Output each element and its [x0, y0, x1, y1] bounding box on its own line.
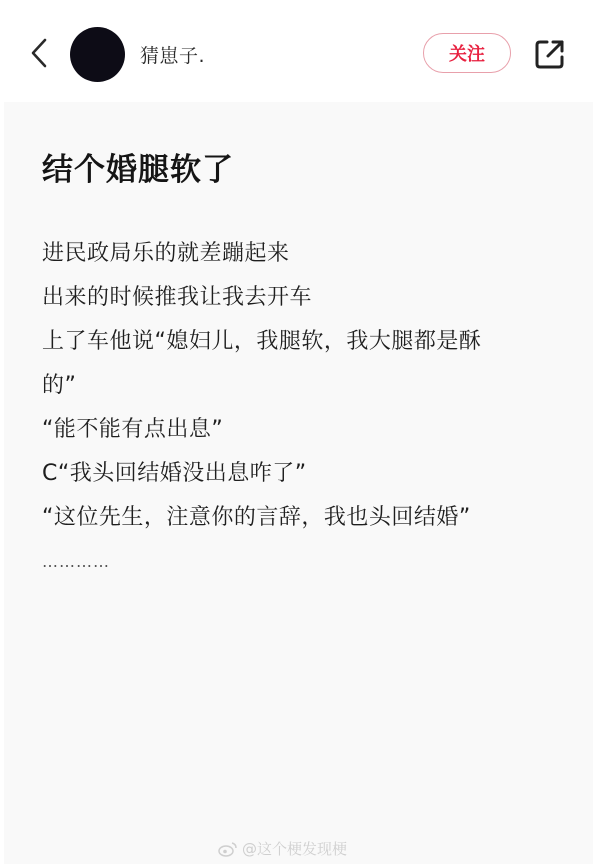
follow-button[interactable]: 关注 — [423, 33, 511, 73]
watermark-text: @这个梗发现梗 — [242, 838, 347, 859]
username[interactable]: 猜崽子. — [140, 41, 205, 68]
body-line: 进民政局乐的就差蹦起来 — [42, 232, 562, 276]
post-title: 结个婚腿软了 — [42, 144, 234, 189]
avatar[interactable] — [70, 27, 125, 82]
post-page: 猜崽子. 关注 结个婚腿软了 进民政局乐的就差蹦起来 出来的时候推我让我去开车 … — [0, 0, 593, 864]
post-card: 结个婚腿软了 进民政局乐的就差蹦起来 出来的时候推我让我去开车 上了车他说“媳妇… — [4, 102, 593, 864]
top-bar: 猜崽子. 关注 — [0, 0, 593, 104]
body-line: 上了车他说“媳妇儿，我腿软，我大腿都是酥 — [42, 320, 562, 364]
body-line: “能不能有点出息” — [42, 408, 562, 452]
share-button[interactable] — [533, 37, 567, 71]
back-button[interactable] — [24, 34, 54, 72]
body-line: C“我头回结婚没出息咋了” — [42, 452, 562, 496]
watermark: @这个梗发现梗 — [218, 838, 347, 859]
body-ellipsis: ………… — [42, 540, 562, 584]
weibo-icon — [218, 841, 238, 857]
post-body: 进民政局乐的就差蹦起来 出来的时候推我让我去开车 上了车他说“媳妇儿，我腿软，我… — [42, 232, 562, 584]
body-line: 的” — [42, 364, 562, 408]
body-line: 出来的时候推我让我去开车 — [42, 276, 562, 320]
body-line: “这位先生，注意你的言辞，我也头回结婚” — [42, 496, 562, 540]
share-external-icon — [533, 37, 567, 71]
chevron-left-icon — [30, 37, 48, 69]
